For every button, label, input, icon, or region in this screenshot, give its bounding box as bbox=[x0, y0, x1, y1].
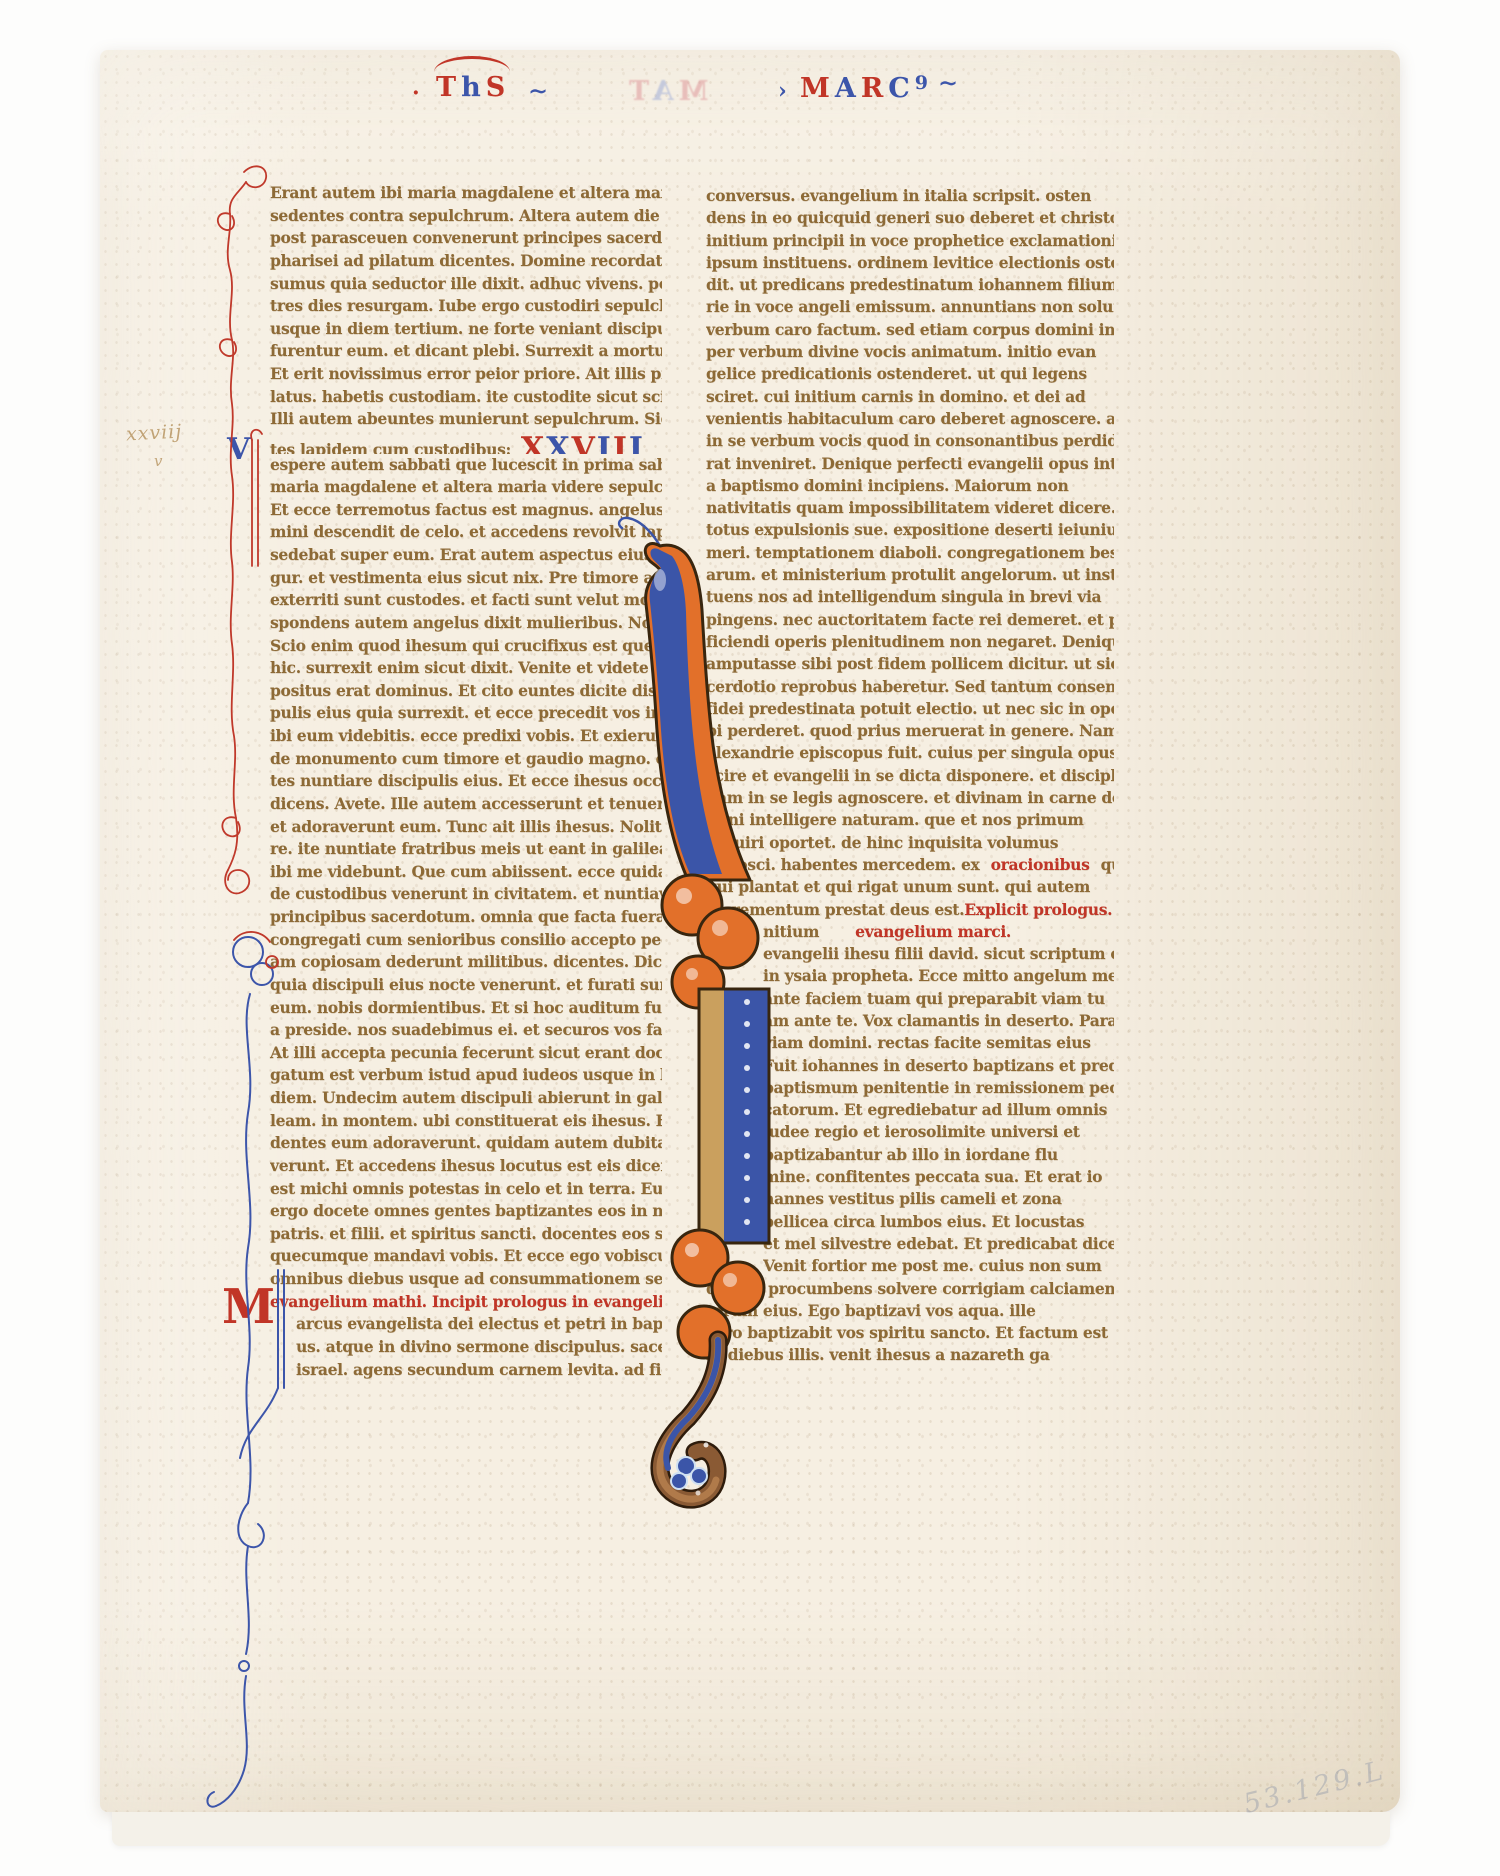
text-line: dens in eo quicquid generi suo deberet e… bbox=[706, 207, 1114, 229]
text-line: Erant autem ibi maria magdalene et alter… bbox=[270, 182, 662, 205]
margin-chapter-note: xxviij bbox=[125, 421, 182, 446]
text-line: rat inveniret. Denique perfecti evangeli… bbox=[706, 453, 1114, 475]
chapter-numeral-xxviii: XXVIII bbox=[521, 434, 645, 454]
text-line: sciret. cui initium carnis in domino. et… bbox=[706, 386, 1114, 408]
text-line: pharisei ad pilatum dicentes. Domine rec… bbox=[270, 250, 662, 273]
text-line: in se verbum vocis quod in consonantibus… bbox=[706, 430, 1114, 452]
line-text: quoniam bbox=[1101, 855, 1114, 874]
text-line: totus expulsionis sue. expositione deser… bbox=[706, 519, 1114, 541]
left-body-a: Erant autem ibi maria magdalene et alter… bbox=[270, 182, 662, 431]
text-line: a baptismo domini incipiens. Maiorum non bbox=[706, 475, 1114, 497]
line-text: tes lapidem cum custodibus: bbox=[270, 439, 511, 454]
text-line: sedentes contra sepulchrum. Altera autem… bbox=[270, 205, 662, 228]
title-tail-flourish: ∼ bbox=[528, 76, 548, 105]
text-line: sumus quia seductor ille dixit. adhuc vi… bbox=[270, 273, 662, 296]
incipit-gospel-rubric: evangelium marci. bbox=[855, 921, 1011, 943]
text-line: latus. habetis custodiam. ite custodite … bbox=[270, 386, 662, 409]
text-line: ipsum instituens. ordinem levitice elect… bbox=[706, 252, 1114, 274]
text-line: maria magdalene et altera maria videre s… bbox=[270, 476, 662, 499]
illuminated-initial-i bbox=[600, 540, 820, 1520]
text-line: gelice predicationis ostenderet. ut qui … bbox=[706, 363, 1114, 385]
text-line: dit. ut predicans predestinatum iohannem… bbox=[706, 274, 1114, 296]
us-abbreviation-mark: 9 bbox=[915, 72, 928, 94]
running-title-ihs: ThS bbox=[436, 72, 510, 103]
text-line: nativitatis quam impossibilitatem videre… bbox=[706, 497, 1114, 519]
margin-chapter-note-sub: v bbox=[154, 452, 162, 470]
running-title-marc: MARC9 bbox=[800, 72, 928, 104]
text-line: espere autem sabbati que lucescit in pri… bbox=[270, 454, 662, 477]
title-end-flourish: ∼ bbox=[938, 68, 958, 97]
text-line: usque in diem tertium. ne forte veniant … bbox=[270, 318, 662, 341]
blue-penwork-flourish bbox=[186, 918, 306, 1823]
text-line: per verbum divine vocis animatum. initio… bbox=[706, 341, 1114, 363]
text-line: post parasceuen convenerunt principes sa… bbox=[270, 227, 662, 250]
text-line: verbum caro factum. sed etiam corpus dom… bbox=[706, 319, 1114, 341]
title-lead-flourish: › bbox=[778, 78, 787, 104]
text-line: Et ecce terremotus factus est magnus. an… bbox=[270, 499, 662, 522]
text-line: venientis habitaculum caro deberet agnos… bbox=[706, 408, 1114, 430]
text-line: rie in voce angeli emissum. annuntians n… bbox=[706, 296, 1114, 318]
text-line: Illi autem abeuntes munierunt sepulchrum… bbox=[270, 408, 662, 431]
initial-straight-bar bbox=[699, 989, 769, 1243]
red-penwork-flourish bbox=[178, 158, 288, 928]
text-line: furentur eum. et dicant plebi. Surrexit … bbox=[270, 340, 662, 363]
text-line: initium principii in voce prophetice exc… bbox=[706, 230, 1114, 252]
chapter-start-line: tes lapidem cum custodibus: XXVIII bbox=[270, 431, 662, 454]
tail-trefoil bbox=[671, 1457, 707, 1489]
text-line: tres dies resurgam. Iube ergo custodiri … bbox=[270, 295, 662, 318]
marc-letters: MARC bbox=[800, 73, 915, 104]
title-dot-flourish: · bbox=[412, 80, 420, 106]
text-line: Et erit novissimus error peior priore. A… bbox=[270, 363, 662, 386]
red-inline-word: oracionibus bbox=[991, 855, 1090, 874]
ghost-offset-title: MAT bbox=[624, 76, 708, 107]
text-line: conversus. evangelium in italia scripsit… bbox=[706, 185, 1114, 207]
explicit-prologue-rubric: Explicit prologus. Incipit bbox=[964, 899, 1114, 921]
